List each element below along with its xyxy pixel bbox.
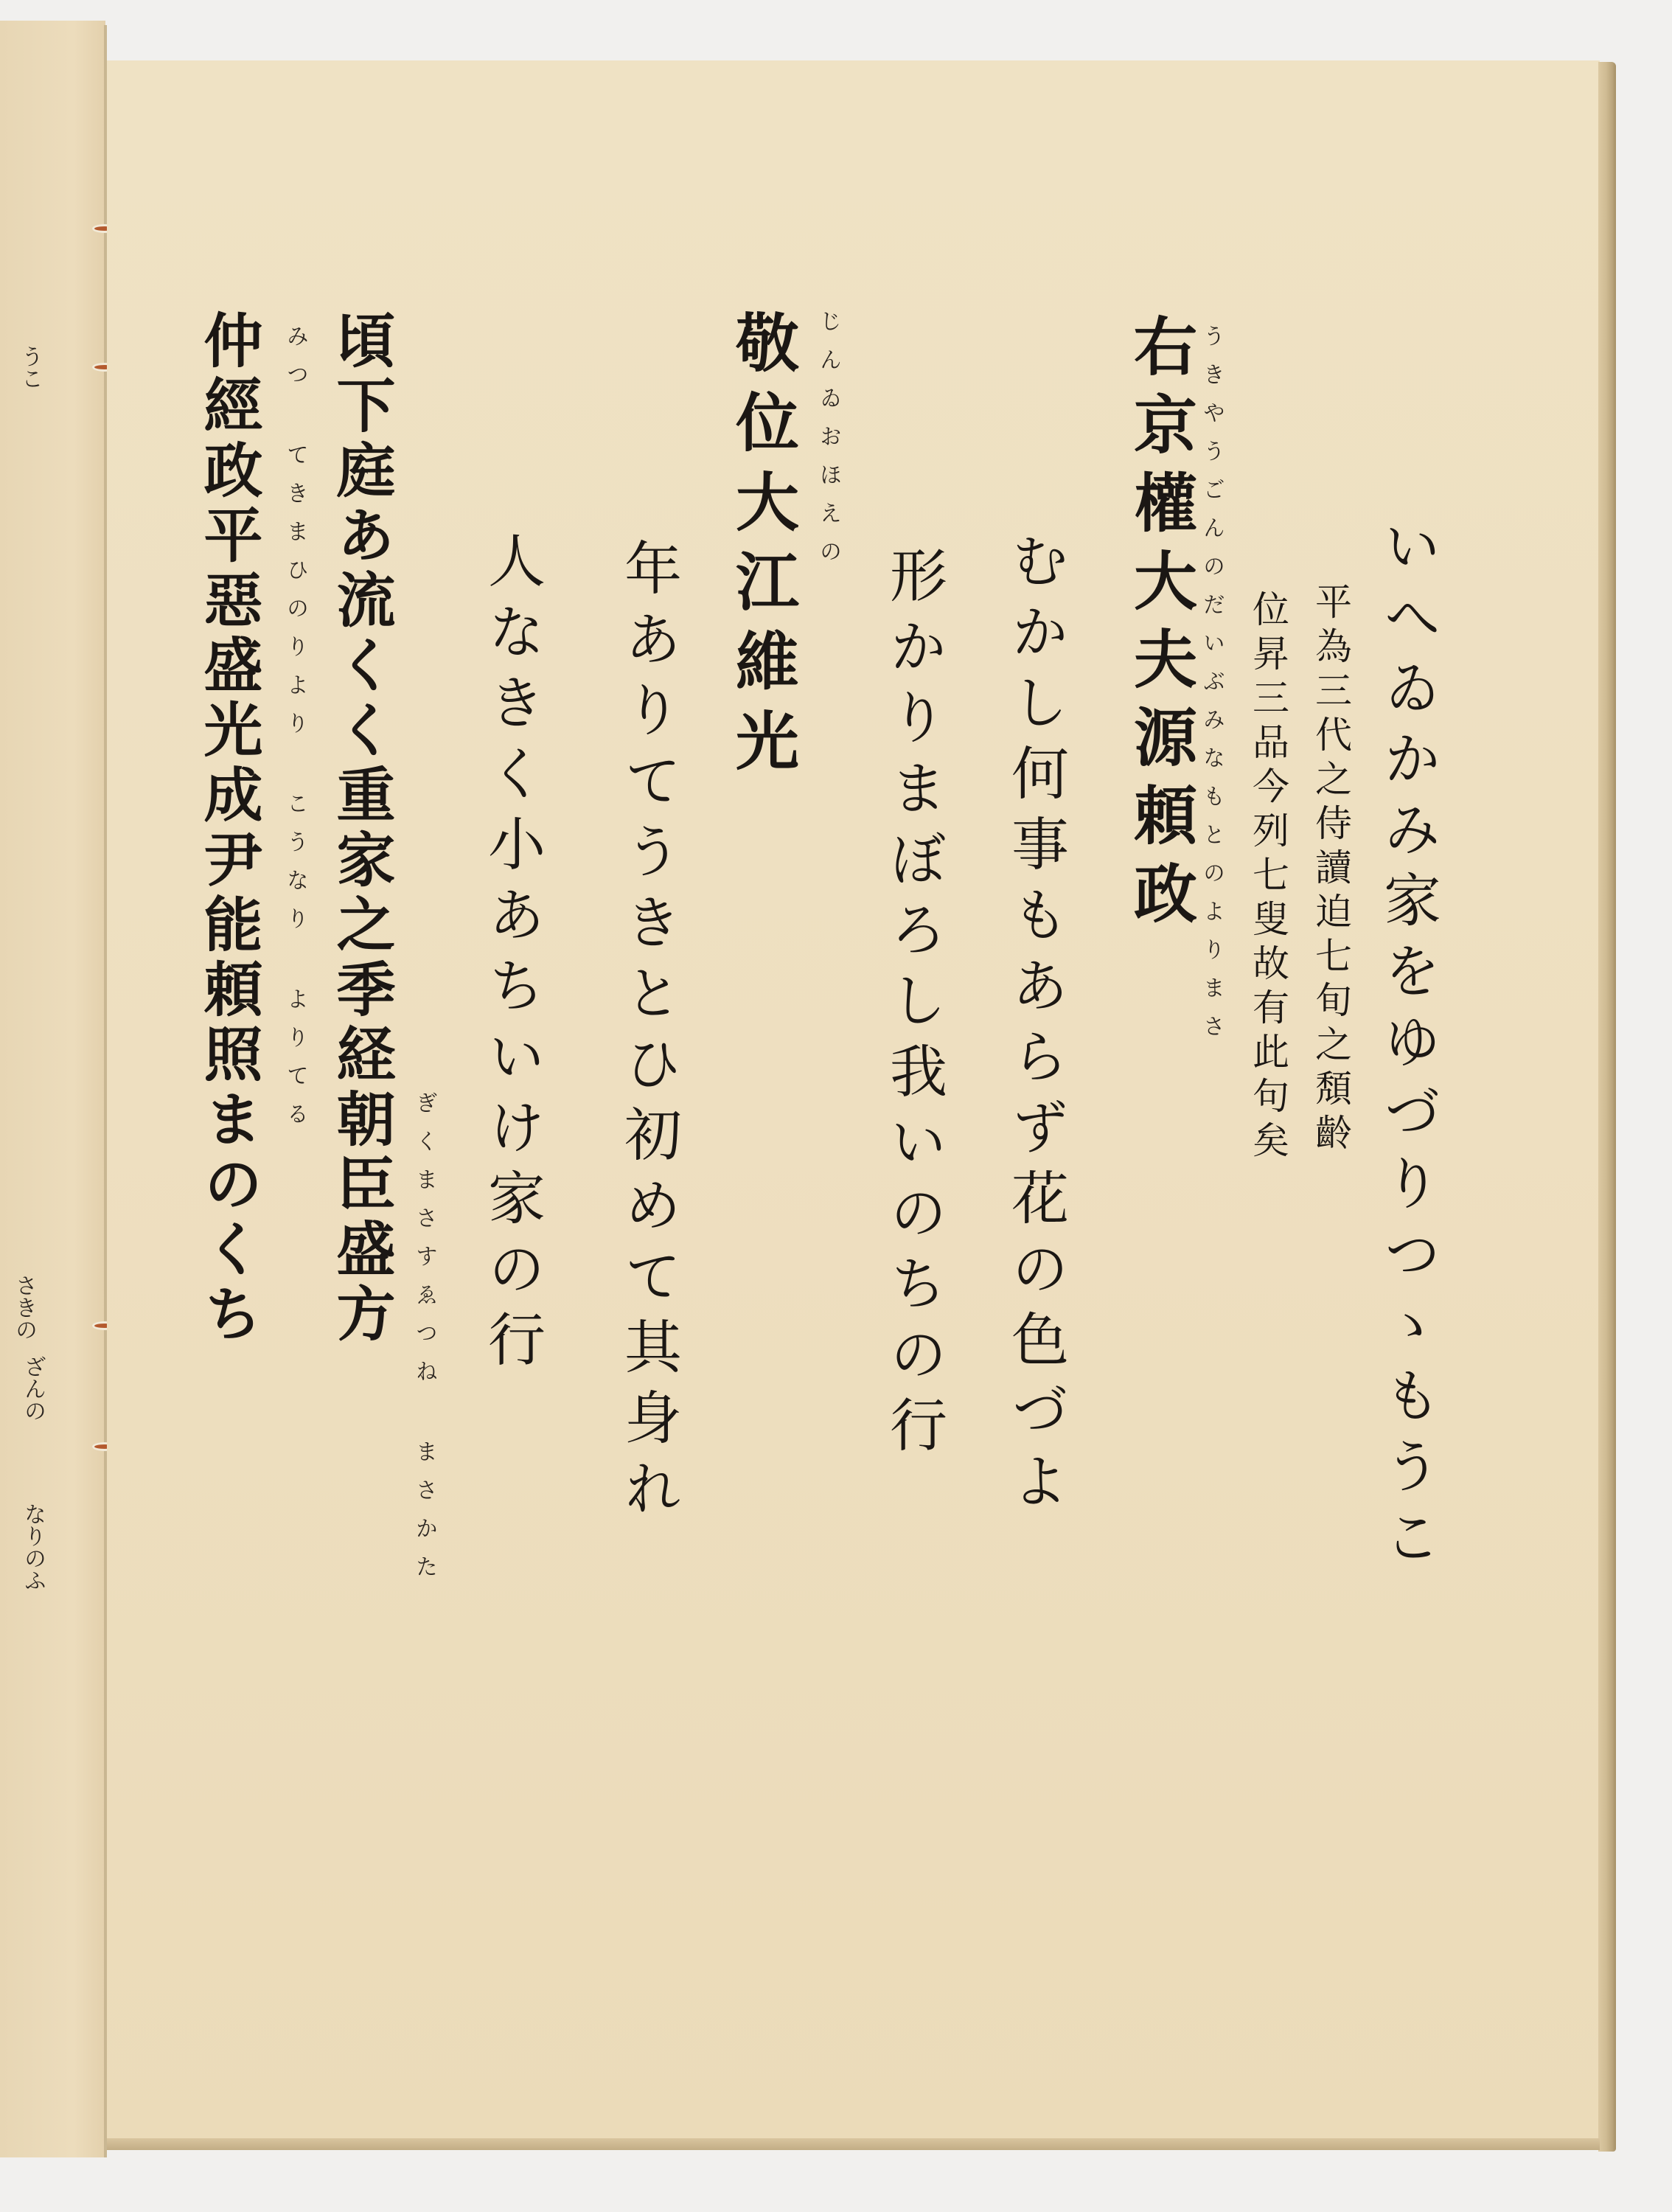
poem-line-2: むかし何事もあらず花の色づよ — [1006, 531, 1064, 1522]
poem-line-4: 年ありてうきとひ初めて其身れ — [619, 538, 677, 1529]
commentary-left: 位昇三品今列七叟故有此句矣 — [1250, 590, 1286, 1165]
poem-line-1: いへゐかみ家をゆづりつゝもうこ — [1379, 516, 1436, 1578]
left-page: うこ さきの ざんの なりのふ — [0, 21, 105, 2157]
poet-name-yorimasa: 右京權大夫源頼政 — [1128, 313, 1191, 939]
poem-line-6: 頃下庭あ流くく重家之季経朝臣盛方 — [332, 310, 391, 1348]
poet-name-koremitsu-ruby: じんゐおほえの — [817, 310, 839, 578]
commentary-right: 平為三代之侍讀迫七旬之頽齡 — [1312, 582, 1349, 1158]
poem-line-7-ruby: みつ てきまひのりより こうなり よりてる — [284, 324, 306, 1141]
page-stack-edge-bottom — [107, 2138, 1600, 2150]
left-page-stroke — [0, 581, 29, 891]
poem-line-5: 人なきく小あちいけ家の行 — [483, 531, 540, 1380]
poem-line-7: 仲經政平惡盛光成尹能頼照まのくち — [199, 310, 258, 1348]
poem-line-3: 形かりまぼろし我いのちの行 — [885, 546, 942, 1466]
poet-name-yorimasa-ruby: うきやうごんのだいぶみなもとのよりまさ — [1200, 324, 1222, 1053]
left-page-ruby: うこ — [13, 345, 46, 389]
poet-name-koremitsu: 敬位大江維光 — [730, 310, 793, 787]
left-page-fragment-narino: なりのふ — [16, 1503, 49, 1591]
left-page-fragment-zanno: ざんの — [16, 1355, 49, 1422]
left-page-fragment-sakino: さきの — [7, 1274, 40, 1340]
poem-line-6-ruby: ぎくまさすゑつね まさかた — [413, 1091, 435, 1593]
page-stack-edge-right — [1598, 62, 1616, 2152]
